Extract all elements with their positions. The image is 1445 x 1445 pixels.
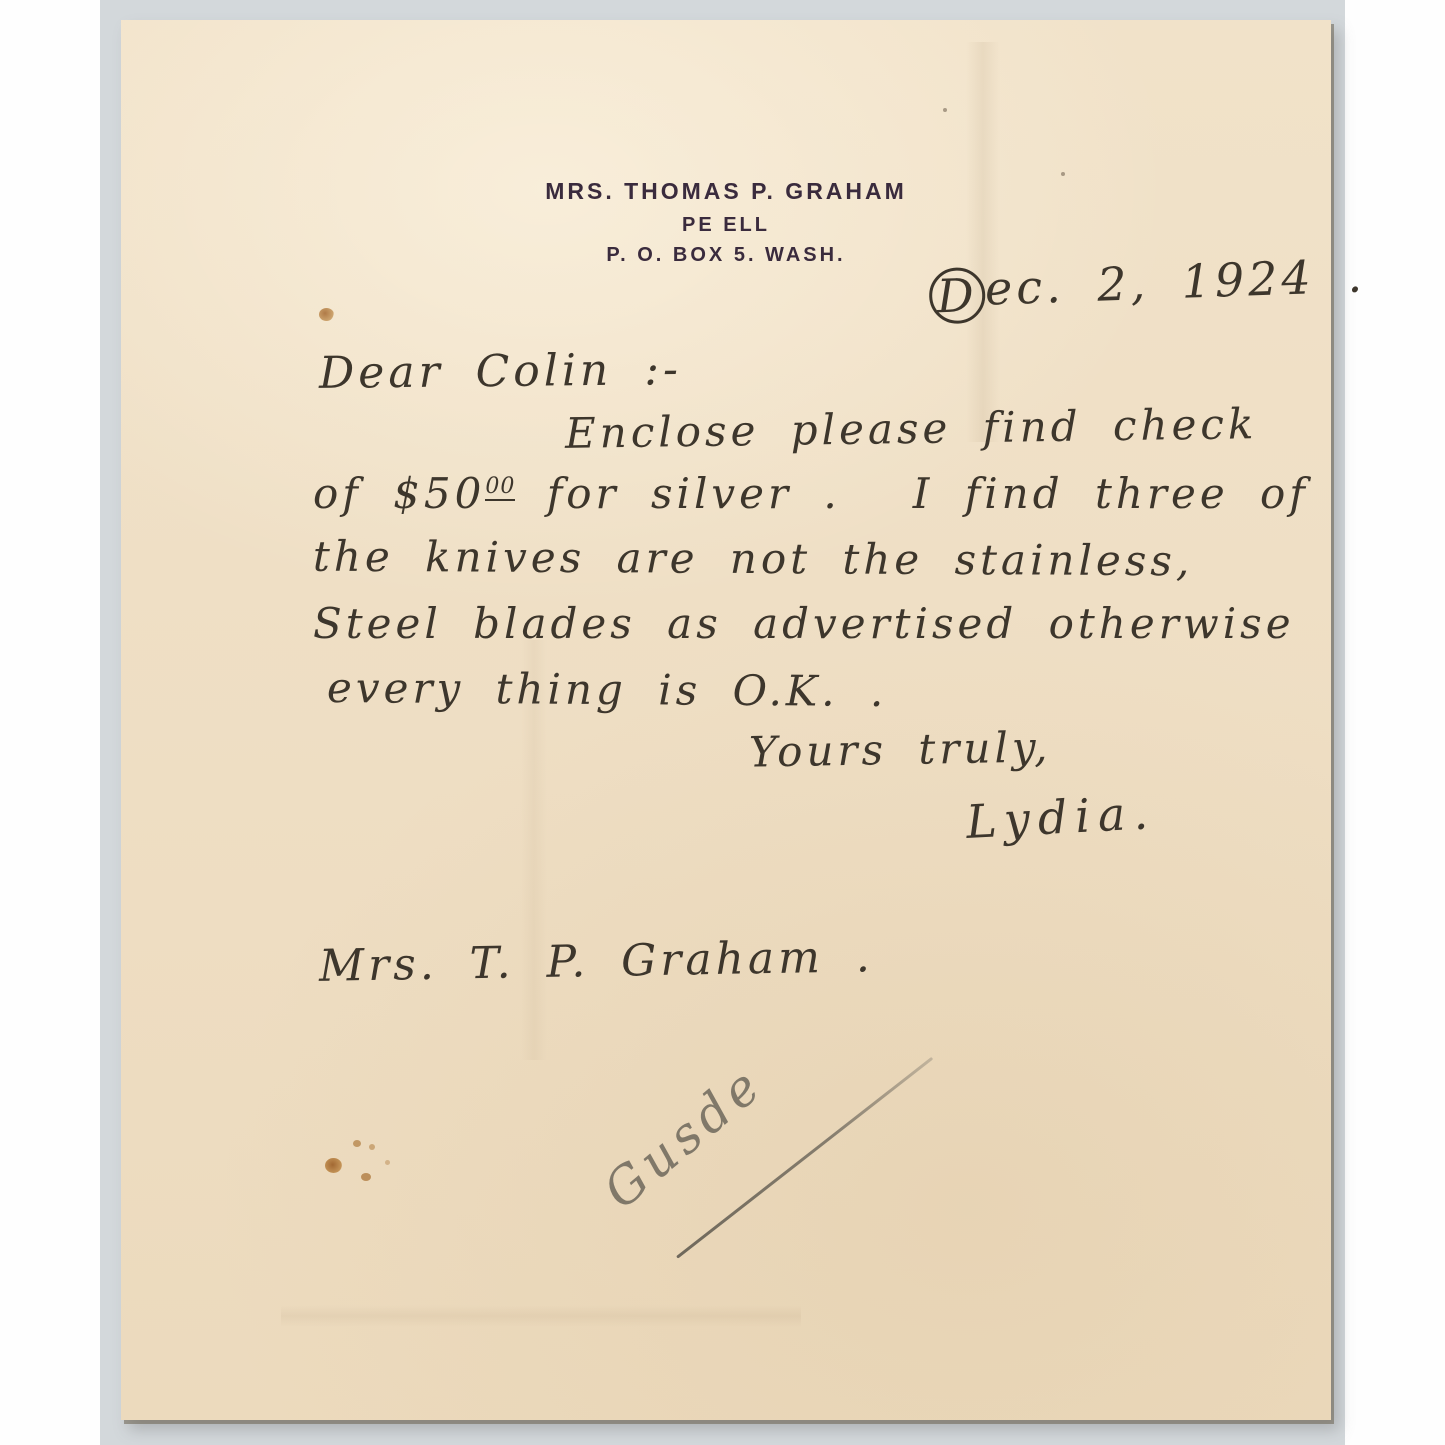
cents-superscript: 00 <box>485 474 515 501</box>
letterhead-town: PE ELL <box>121 214 1331 237</box>
body-line-2-tail: I find three of <box>913 469 1309 518</box>
body-line-5: every thing is O.K. . <box>327 663 888 716</box>
body-line-2: of $5000 for silver .I find three of <box>313 469 1309 518</box>
foxing-stain <box>319 308 334 321</box>
scanned-letter-photo: { "colors": { "paper": "#efdfc5", "backd… <box>0 0 1445 1445</box>
paper-crease <box>281 1305 801 1327</box>
pencil-scrawl: Gusde <box>593 1054 775 1220</box>
foxing-stain <box>385 1160 390 1165</box>
letter-paper: MRS. THOMAS P. GRAHAM PE ELL P. O. BOX 5… <box>121 20 1331 1420</box>
signature: Lydia. <box>965 785 1158 849</box>
body-line-2-mid: for silver . <box>515 469 840 518</box>
body-line-4: Steel blades as advertised otherwise <box>313 599 1295 648</box>
scan-margin-left <box>0 0 100 1445</box>
letterhead-name: MRS. THOMAS P. GRAHAM <box>121 178 1331 205</box>
foxing-stain <box>369 1144 375 1150</box>
foxing-stain <box>361 1173 371 1181</box>
salutation: Dear Colin :- <box>319 344 682 399</box>
signed-name: Mrs. T. P. Graham . <box>319 931 875 992</box>
letterhead: MRS. THOMAS P. GRAHAM PE ELL P. O. BOX 5… <box>121 178 1331 267</box>
closing: Yours truly, <box>749 722 1052 776</box>
body-line-3: the knives are not the stainless, <box>313 532 1194 586</box>
foxing-stain <box>325 1158 342 1173</box>
paper-speck <box>943 108 947 112</box>
circled-initial: D <box>928 267 986 325</box>
paper-speck <box>1061 172 1065 176</box>
body-line-1: Enclose please find check <box>565 399 1258 458</box>
scan-margin-right <box>1345 0 1445 1445</box>
foxing-stain <box>353 1140 361 1147</box>
body-line-2-prefix: of $50 <box>313 469 485 518</box>
